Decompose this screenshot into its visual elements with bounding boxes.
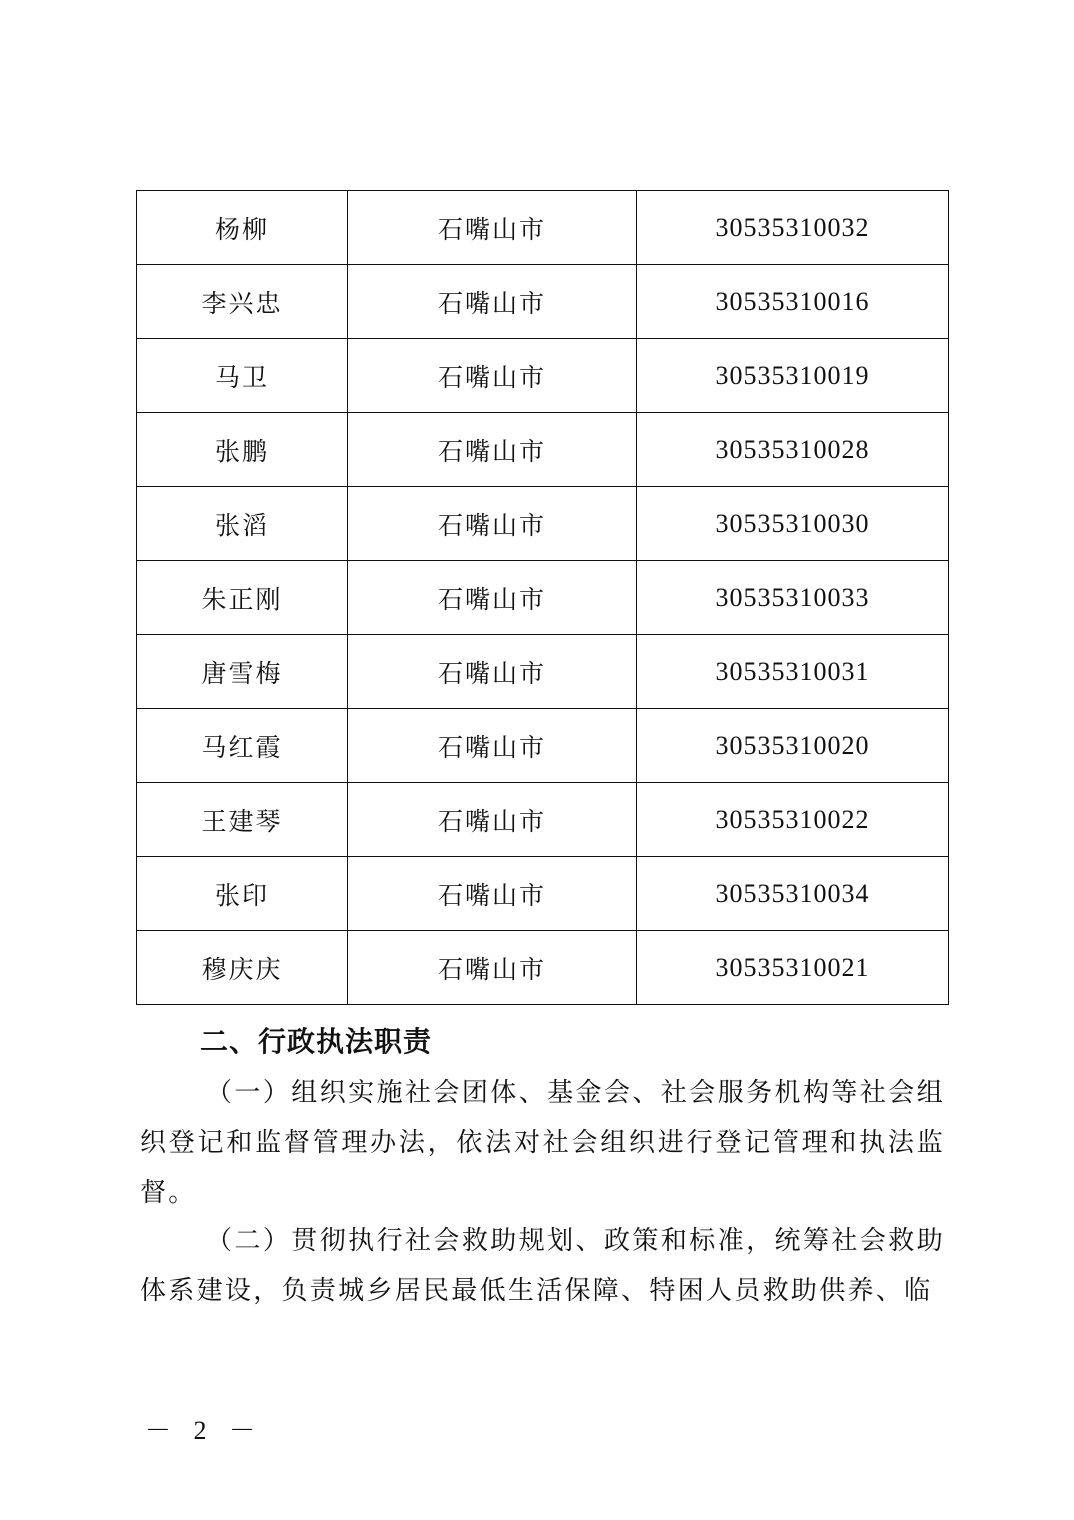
city-cell: 石嘴山市 [348,931,637,1005]
paragraph-1: （一）组织实施社会团体、基金会、社会服务机构等社会组织登记和监督管理办法，依法对… [140,1068,945,1218]
name-cell: 张鹏 [137,413,348,487]
city-cell: 石嘴山市 [348,635,637,709]
paragraph-2: （二）贯彻执行社会救助规划、政策和标准，统筹社会救助体系建设，负责城乡居民最低生… [140,1216,945,1316]
id-cell: 30535310034 [637,857,949,931]
page-number: － 2 － [145,1410,263,1447]
table-row: 唐雪梅石嘴山市30535310031 [137,635,949,709]
city-cell: 石嘴山市 [348,857,637,931]
officer-table: 杨柳石嘴山市30535310032 李兴忠石嘴山市30535310016 马卫石… [136,190,949,1005]
table-row: 马红霞石嘴山市30535310020 [137,709,949,783]
city-cell: 石嘴山市 [348,339,637,413]
name-cell: 杨柳 [137,191,348,265]
id-cell: 30535310032 [637,191,949,265]
table-row: 张印石嘴山市30535310034 [137,857,949,931]
city-cell: 石嘴山市 [348,191,637,265]
id-cell: 30535310022 [637,783,949,857]
name-cell: 王建琴 [137,783,348,857]
table-row: 李兴忠石嘴山市30535310016 [137,265,949,339]
name-cell: 张印 [137,857,348,931]
city-cell: 石嘴山市 [348,487,637,561]
id-cell: 30535310020 [637,709,949,783]
section-heading: 二、行政执法职责 [200,1020,432,1060]
table-row: 马卫石嘴山市30535310019 [137,339,949,413]
id-cell: 30535310030 [637,487,949,561]
name-cell: 李兴忠 [137,265,348,339]
table-row: 穆庆庆石嘴山市30535310021 [137,931,949,1005]
id-cell: 30535310019 [637,339,949,413]
name-cell: 马卫 [137,339,348,413]
city-cell: 石嘴山市 [348,783,637,857]
city-cell: 石嘴山市 [348,265,637,339]
table-row: 王建琴石嘴山市30535310022 [137,783,949,857]
name-cell: 朱正刚 [137,561,348,635]
name-cell: 张滔 [137,487,348,561]
city-cell: 石嘴山市 [348,561,637,635]
id-cell: 30535310031 [637,635,949,709]
city-cell: 石嘴山市 [348,413,637,487]
table-row: 张鹏石嘴山市30535310028 [137,413,949,487]
id-cell: 30535310021 [637,931,949,1005]
id-cell: 30535310016 [637,265,949,339]
name-cell: 唐雪梅 [137,635,348,709]
city-cell: 石嘴山市 [348,709,637,783]
table-row: 张滔石嘴山市30535310030 [137,487,949,561]
name-cell: 马红霞 [137,709,348,783]
id-cell: 30535310033 [637,561,949,635]
id-cell: 30535310028 [637,413,949,487]
table-row: 杨柳石嘴山市30535310032 [137,191,949,265]
name-cell: 穆庆庆 [137,931,348,1005]
table-row: 朱正刚石嘴山市30535310033 [137,561,949,635]
